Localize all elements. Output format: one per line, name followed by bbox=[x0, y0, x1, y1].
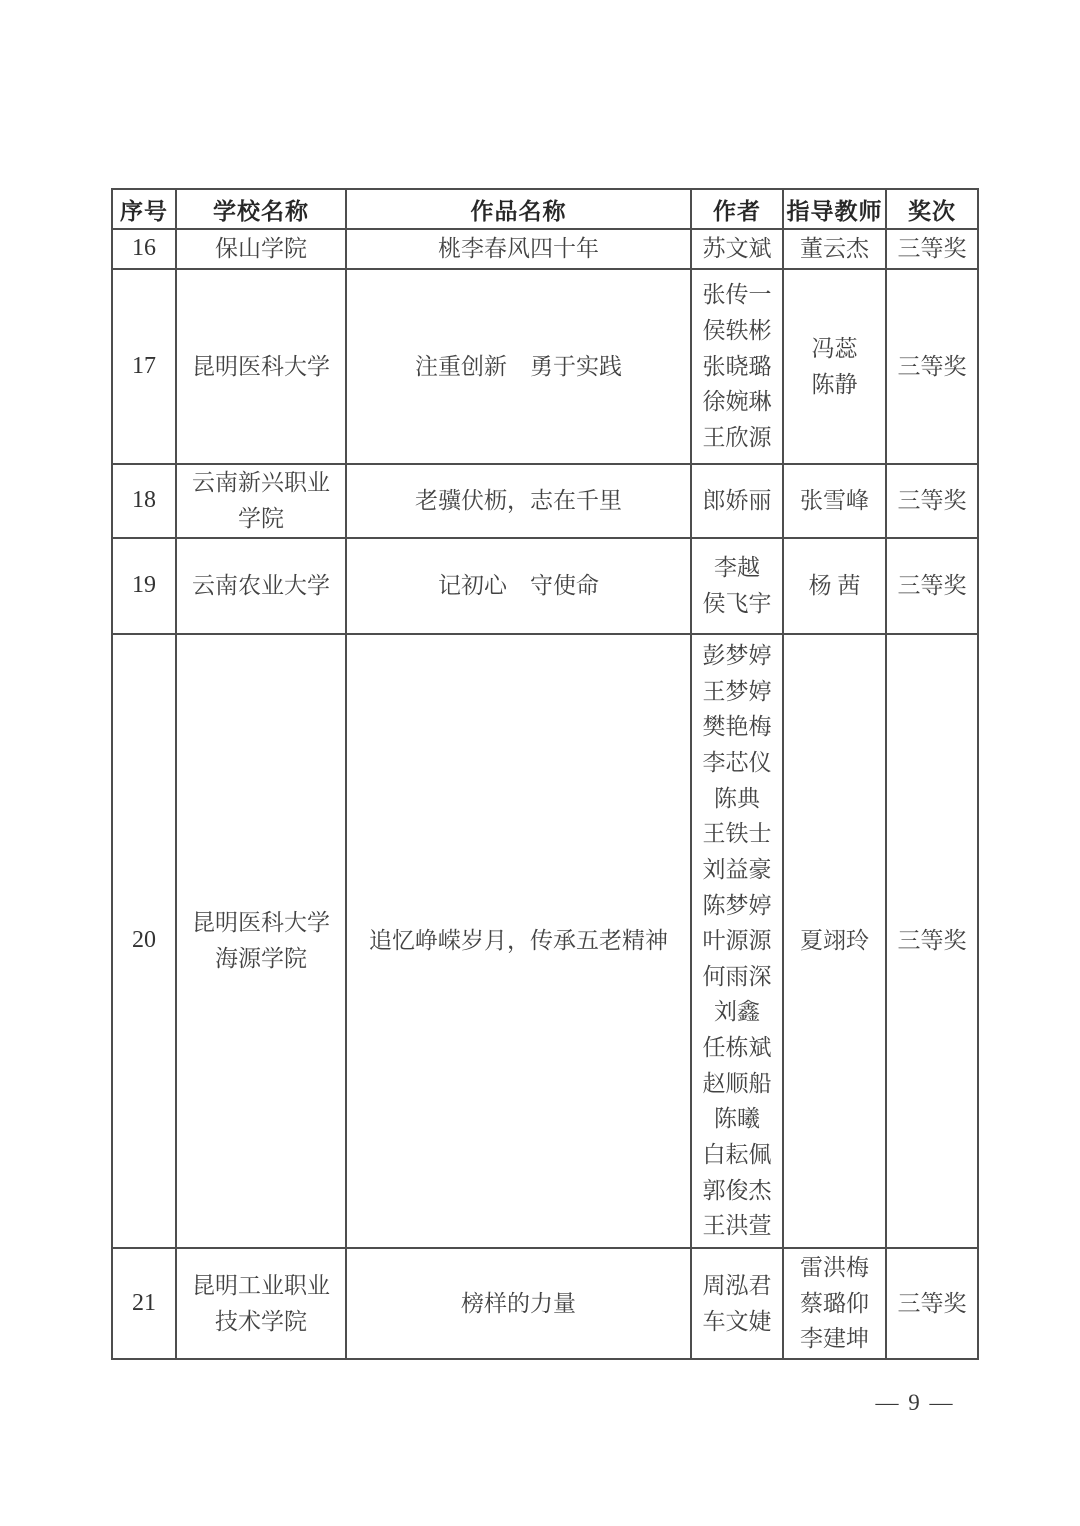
table-row: 16 保山学院 桃李春风四十年 苏文斌 董云杰 三等奖 bbox=[112, 229, 978, 269]
cell-work: 桃李春风四十年 bbox=[346, 229, 691, 269]
cell-teachers: 冯蕊 陈静 bbox=[783, 269, 886, 464]
table-row: 17 昆明医科大学 注重创新 勇于实践 张传一 侯轶彬 张晓璐 徐婉琳 王欣源 … bbox=[112, 269, 978, 464]
cell-authors: 郎娇丽 bbox=[691, 464, 783, 538]
table-row: 19 云南农业大学 记初心 守使命 李越 侯飞宇 杨 茜 三等奖 bbox=[112, 538, 978, 634]
cell-teachers: 夏翊玲 bbox=[783, 634, 886, 1248]
col-header-author: 作者 bbox=[691, 189, 783, 229]
cell-work: 记初心 守使命 bbox=[346, 538, 691, 634]
cell-award: 三等奖 bbox=[886, 634, 978, 1248]
cell-authors: 彭梦婷 王梦婷 樊艳梅 李芯仪 陈典 王铁士 刘益豪 陈梦婷 叶源源 何雨深 刘… bbox=[691, 634, 783, 1248]
cell-award: 三等奖 bbox=[886, 1248, 978, 1359]
cell-work: 注重创新 勇于实践 bbox=[346, 269, 691, 464]
cell-teachers: 董云杰 bbox=[783, 229, 886, 269]
col-header-teacher: 指导教师 bbox=[783, 189, 886, 229]
cell-authors: 苏文斌 bbox=[691, 229, 783, 269]
cell-award: 三等奖 bbox=[886, 229, 978, 269]
cell-serial: 20 bbox=[112, 634, 176, 1248]
cell-serial: 18 bbox=[112, 464, 176, 538]
cell-authors: 李越 侯飞宇 bbox=[691, 538, 783, 634]
cell-school: 云南农业大学 bbox=[176, 538, 346, 634]
cell-teachers: 雷洪梅 蔡璐仰 李建坤 bbox=[783, 1248, 886, 1359]
cell-work: 追忆峥嵘岁月，传承五老精神 bbox=[346, 634, 691, 1248]
cell-serial: 21 bbox=[112, 1248, 176, 1359]
cell-award: 三等奖 bbox=[886, 269, 978, 464]
col-header-serial: 序号 bbox=[112, 189, 176, 229]
cell-award: 三等奖 bbox=[886, 464, 978, 538]
cell-authors: 周泓君 车文婕 bbox=[691, 1248, 783, 1359]
table-row: 21 昆明工业职业 技术学院 榜样的力量 周泓君 车文婕 雷洪梅 蔡璐仰 李建坤… bbox=[112, 1248, 978, 1359]
cell-school: 保山学院 bbox=[176, 229, 346, 269]
cell-school: 昆明工业职业 技术学院 bbox=[176, 1248, 346, 1359]
cell-teachers: 张雪峰 bbox=[783, 464, 886, 538]
col-header-award: 奖次 bbox=[886, 189, 978, 229]
table-row: 20 昆明医科大学 海源学院 追忆峥嵘岁月，传承五老精神 彭梦婷 王梦婷 樊艳梅… bbox=[112, 634, 978, 1248]
cell-work: 榜样的力量 bbox=[346, 1248, 691, 1359]
cell-school: 昆明医科大学 bbox=[176, 269, 346, 464]
cell-award: 三等奖 bbox=[886, 538, 978, 634]
cell-work: 老骥伏枥，志在千里 bbox=[346, 464, 691, 538]
cell-serial: 19 bbox=[112, 538, 176, 634]
col-header-work: 作品名称 bbox=[346, 189, 691, 229]
cell-teachers: 杨 茜 bbox=[783, 538, 886, 634]
col-header-school: 学校名称 bbox=[176, 189, 346, 229]
page-number: — 9 — bbox=[855, 1390, 975, 1416]
table-header-row: 序号 学校名称 作品名称 作者 指导教师 奖次 bbox=[112, 189, 978, 229]
cell-authors: 张传一 侯轶彬 张晓璐 徐婉琳 王欣源 bbox=[691, 269, 783, 464]
cell-school: 昆明医科大学 海源学院 bbox=[176, 634, 346, 1248]
document-page: 序号 学校名称 作品名称 作者 指导教师 奖次 16 保山学院 桃李春风四十年 … bbox=[0, 0, 1080, 1526]
table-row: 18 云南新兴职业 学院 老骥伏枥，志在千里 郎娇丽 张雪峰 三等奖 bbox=[112, 464, 978, 538]
cell-school: 云南新兴职业 学院 bbox=[176, 464, 346, 538]
cell-serial: 17 bbox=[112, 269, 176, 464]
awards-table: 序号 学校名称 作品名称 作者 指导教师 奖次 16 保山学院 桃李春风四十年 … bbox=[111, 188, 979, 1360]
cell-serial: 16 bbox=[112, 229, 176, 269]
